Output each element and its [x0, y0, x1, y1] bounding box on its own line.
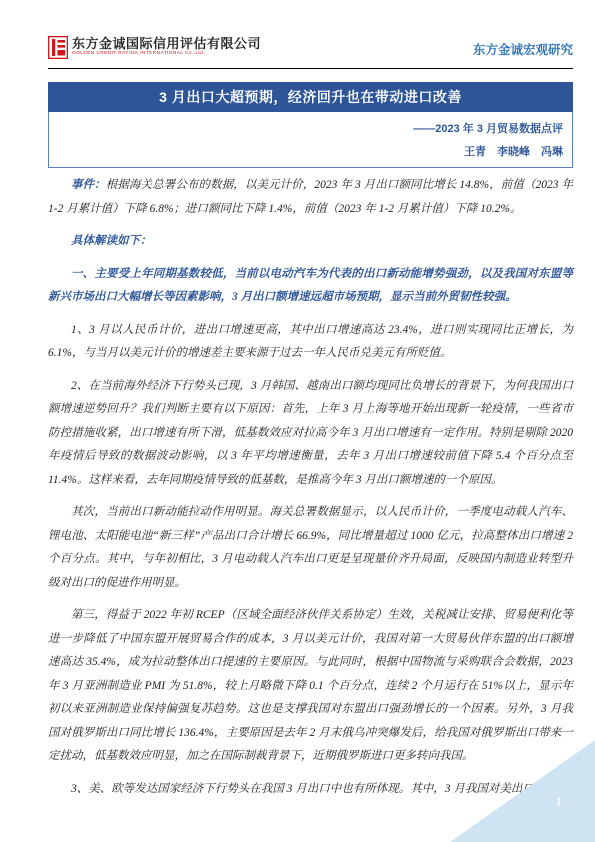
- page-corner-decoration: [450, 740, 595, 842]
- section-intro: 具体解读如下：: [48, 230, 573, 254]
- title-info-box: ——2023 年 3 月贸易数据点评 王青 李晓峰 冯琳: [48, 112, 573, 168]
- company-name: 东方金诚国际信用评估有限公司: [72, 36, 261, 51]
- event-paragraph: 事件：根据海关总署公布的数据，以美元计价，2023 年 3 月出口额同比增长 1…: [48, 174, 573, 221]
- page-header: 东方金诚国际信用评估有限公司 GOLDEN CREDIT RATING INTE…: [48, 36, 573, 64]
- paragraph-point-2: 2、在当前海外经济下行势头已现，3 月韩国、越南出口额均现同比负增长的背景下，为…: [48, 375, 573, 493]
- event-text: 根据海关总署公布的数据，以美元计价，2023 年 3 月出口额同比增长 14.8…: [48, 179, 573, 215]
- report-subtitle: ——2023 年 3 月贸易数据点评: [49, 121, 572, 137]
- event-label: 事件：: [71, 179, 106, 191]
- paragraph-point-2b: 其次，当前出口新动能拉动作用明显。海关总署数据显示，以人民币计价，一季度电动载人…: [48, 501, 573, 595]
- company-logo: 东方金诚国际信用评估有限公司 GOLDEN CREDIT RATING INTE…: [48, 36, 261, 59]
- page-number: 1: [556, 796, 562, 808]
- logo-mark-icon: [48, 36, 68, 59]
- report-authors: 王青 李晓峰 冯琳: [49, 144, 572, 160]
- paragraph-point-1: 1、3 月以人民币计价，进出口增速更高，其中出口增速高达 23.4%，进口则实现…: [48, 319, 573, 366]
- report-title: 3 月出口大超预期，经济回升也在带动进口改善: [48, 82, 573, 112]
- report-page: 东方金诚国际信用评估有限公司 GOLDEN CREDIT RATING INTE…: [0, 0, 595, 842]
- report-body: 事件：根据海关总署公布的数据，以美元计价，2023 年 3 月出口额同比增长 1…: [48, 174, 573, 810]
- paragraph-summary: 一、主要受上年同期基数较低，当前以电动汽车为代表的出口新动能增势强劲，以及我国对…: [48, 263, 573, 310]
- report-series-label: 东方金诚宏观研究: [473, 36, 573, 64]
- company-name-en: GOLDEN CREDIT RATING INTERNATIONAL Co.,L…: [72, 51, 261, 57]
- company-name-block: 东方金诚国际信用评估有限公司 GOLDEN CREDIT RATING INTE…: [72, 36, 261, 57]
- header-divider: [48, 68, 573, 69]
